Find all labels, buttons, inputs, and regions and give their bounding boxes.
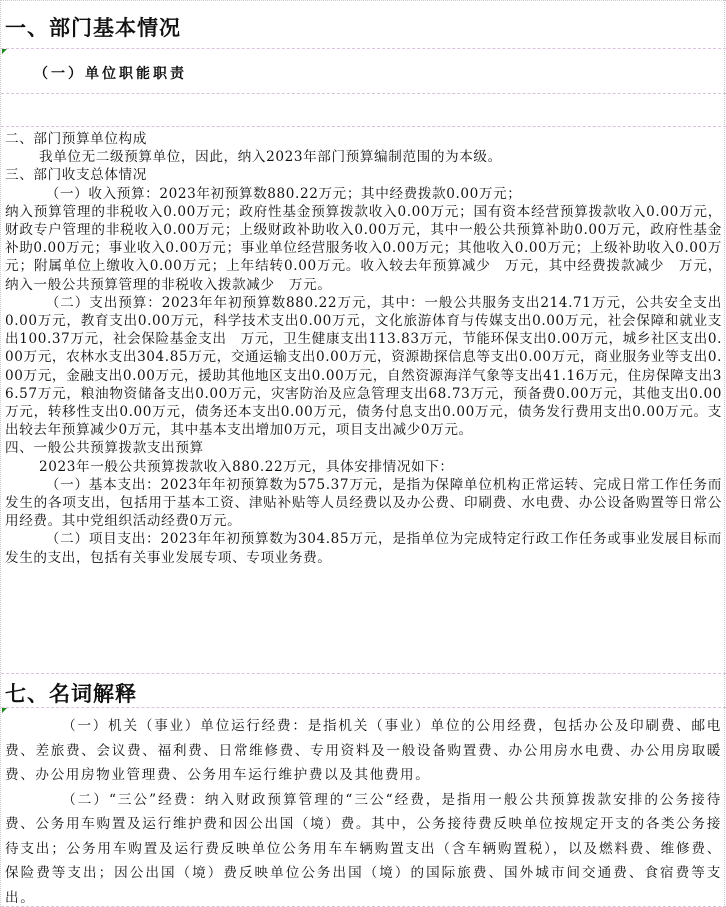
glossary-item-three-public-expenses: （二）“三公”经费：纳入财政预算管理的“三公“经费，是指用一般公共预算拨款安排的… (5, 788, 722, 907)
cell-comment-marker-icon (2, 708, 7, 713)
section2-body: 我单位无二级预算单位，因此，纳入2023年部门预算编制范围的为本级。 (5, 148, 722, 166)
project-expense: （二）项目支出：2023年年初预算数为304.85万元，是指单位为完成特定行政工… (5, 530, 722, 566)
budget-details-text: 二、部门预算单位构成 我单位无二级预算单位，因此，纳入2023年部门预算编制范围… (1, 127, 726, 567)
cell-section7-title[interactable]: 七、名词解释 (1, 674, 726, 708)
cell-section1-title[interactable]: 一、部门基本情况 (1, 0, 726, 49)
glossary-text: （一）机关（事业）单位运行经费：是指机关（事业）单位的公用经费，包括办公及印刷费… (1, 708, 726, 907)
section4-intro: 2023年一般公共预算拨款收入880.22万元，具体安排情况如下： (5, 458, 722, 476)
basic-expense: （一）基本支出：2023年年初预算数为575.37万元，是指为保障单位机构正常运… (5, 476, 722, 531)
cell-budget-details[interactable]: 二、部门预算单位构成 我单位无二级预算单位，因此，纳入2023年部门预算编制范围… (1, 127, 726, 674)
cell-glossary[interactable]: （一）机关（事业）单位运行经费：是指机关（事业）单位的公用经费，包括办公及印刷费… (1, 708, 726, 907)
expense-budget: （二）支出预算：2023年年初预算数880.22万元，其中：一般公共服务支出21… (5, 294, 722, 440)
section4-title: 四、一般公共预算拨款支出预算 (5, 439, 722, 457)
spreadsheet-view: 一、部门基本情况 （一）单位职能职责 二、部门预算单位构成 我单位无二级预算单位… (0, 0, 725, 907)
section3-title: 三、部门收支总体情况 (5, 166, 722, 184)
glossary-item-operating-expenses: （一）机关（事业）单位运行经费：是指机关（事业）单位的公用经费，包括办公及印刷费… (5, 714, 722, 788)
income-budget-line1: （一）收入预算：2023年初预算数880.22万元；其中经费拨款0.00万元； (5, 185, 722, 203)
cell-empty[interactable] (1, 94, 726, 127)
section2-title: 二、部门预算单位构成 (5, 130, 722, 148)
cell-comment-marker-icon (2, 49, 7, 54)
income-budget-details: 纳入预算管理的非税收入0.00万元；政府性基金预算拨款收入0.00万元；国有资本… (5, 203, 722, 294)
section1-subtitle: （一）单位职能职责 (1, 49, 726, 83)
section1-title: 一、部门基本情况 (1, 1, 726, 42)
section7-title: 七、名词解释 (1, 674, 726, 708)
cell-section1-subtitle[interactable]: （一）单位职能职责 (1, 49, 726, 94)
